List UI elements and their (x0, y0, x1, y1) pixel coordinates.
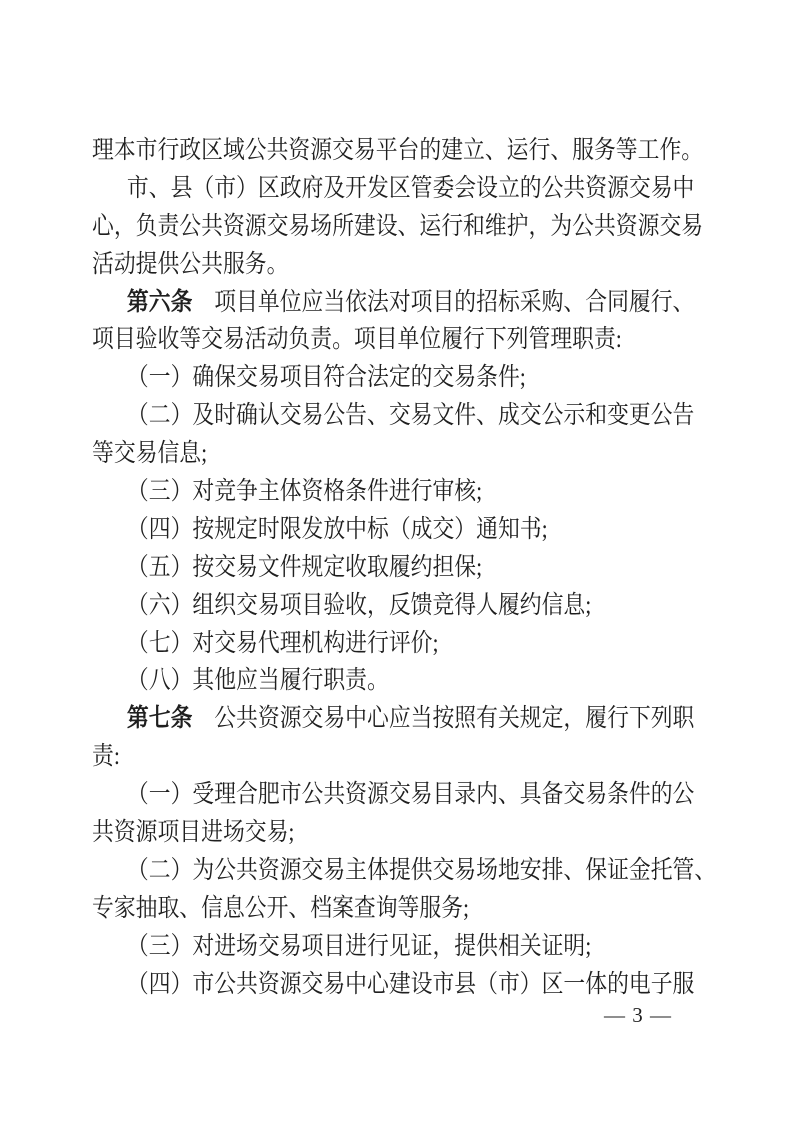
text-line: 项目验收等交易活动负责。项目单位履行下列管理职责: (92, 321, 705, 359)
line-text: （四）市公共资源交易中心建设市县（市）区一体的电子服 (127, 971, 694, 998)
line-text: （二）为公共资源交易主体提供交易场地安排、保证金托管、 (127, 857, 716, 884)
line-text: 等交易信息; (92, 440, 207, 467)
text-line: （四）按规定时限发放中标（成交）通知书; (92, 511, 705, 549)
text-line: （二）及时确认交易公告、交易文件、成交公示和变更公告 (92, 397, 705, 435)
line-text: 公共资源交易中心应当按照有关规定，履行下列职 (192, 705, 694, 732)
text-line: 责: (92, 738, 705, 776)
text-line: （一）受理合肥市公共资源交易目录内、具备交易条件的公 (92, 776, 705, 814)
line-text: 理本市行政区域公共资源交易平台的建立、运行、服务等工作。 (92, 137, 703, 164)
line-text: （八）其他应当履行职责。 (127, 667, 389, 694)
line-text: （三）对竞争主体资格条件进行审核; (127, 478, 482, 505)
text-line: （一）确保交易项目符合法定的交易条件; (92, 359, 705, 397)
text-line: （四）市公共资源交易中心建设市县（市）区一体的电子服 (92, 966, 705, 1004)
text-line: 共资源项目进场交易; (92, 814, 705, 852)
document-body: 理本市行政区域公共资源交易平台的建立、运行、服务等工作。市、县（市）区政府及开发… (92, 132, 705, 1003)
line-text: 市、县（市）区政府及开发区管委会设立的公共资源交易中 (127, 175, 694, 202)
line-text: （二）及时确认交易公告、交易文件、成交公示和变更公告 (127, 402, 694, 429)
line-text: 责: (92, 743, 120, 770)
text-line: （五）按交易文件规定收取履约担保; (92, 549, 705, 587)
text-line: （三）对进场交易项目进行见证，提供相关证明; (92, 928, 705, 966)
line-text: 项目单位应当依法对项目的招标采购、合同履行、 (192, 289, 694, 316)
text-line: （六）组织交易项目验收，反馈竞得人履约信息; (92, 587, 705, 625)
text-line: 心，负责公共资源交易场所建设、运行和维护，为公共资源交易 (92, 208, 705, 246)
text-line: 市、县（市）区政府及开发区管委会设立的公共资源交易中 (92, 170, 705, 208)
line-text: （五）按交易文件规定收取履约担保; (127, 554, 482, 581)
text-line: 专家抽取、信息公开、档案查询等服务; (92, 890, 705, 928)
text-line: （八）其他应当履行职责。 (92, 662, 705, 700)
line-text: 项目验收等交易活动负责。项目单位履行下列管理职责: (92, 326, 622, 353)
line-text: （三）对进场交易项目进行见证，提供相关证明; (127, 933, 591, 960)
text-line: 理本市行政区域公共资源交易平台的建立、运行、服务等工作。 (92, 132, 705, 170)
line-text: （四）按规定时限发放中标（成交）通知书; (127, 516, 548, 543)
article-number: 第六条 (127, 288, 192, 316)
line-text: （一）受理合肥市公共资源交易目录内、具备交易条件的公 (127, 781, 694, 808)
text-line: （二）为公共资源交易主体提供交易场地安排、保证金托管、 (92, 852, 705, 890)
line-text: （七）对交易代理机构进行评价; (127, 630, 439, 657)
line-text: 心，负责公共资源交易场所建设、运行和维护，为公共资源交易 (92, 213, 703, 240)
line-text: （一）确保交易项目符合法定的交易条件; (127, 364, 526, 391)
line-text: 专家抽取、信息公开、档案查询等服务; (92, 895, 469, 922)
article-number: 第七条 (127, 704, 192, 732)
document-page: 理本市行政区域公共资源交易平台的建立、运行、服务等工作。市、县（市）区政府及开发… (0, 0, 793, 1122)
line-text: （六）组织交易项目验收，反馈竞得人履约信息; (127, 592, 591, 619)
text-line: 活动提供公共服务。 (92, 246, 705, 284)
text-line: 第六条 项目单位应当依法对项目的招标采购、合同履行、 (92, 284, 705, 322)
line-text: 共资源项目进场交易; (92, 819, 294, 846)
line-text: 活动提供公共服务。 (92, 251, 288, 278)
text-line: （三）对竞争主体资格条件进行审核; (92, 473, 705, 511)
page-number: — 3 — (604, 1003, 672, 1028)
text-line: （七）对交易代理机构进行评价; (92, 625, 705, 663)
text-line: 第七条 公共资源交易中心应当按照有关规定，履行下列职 (92, 700, 705, 738)
text-line: 等交易信息; (92, 435, 705, 473)
